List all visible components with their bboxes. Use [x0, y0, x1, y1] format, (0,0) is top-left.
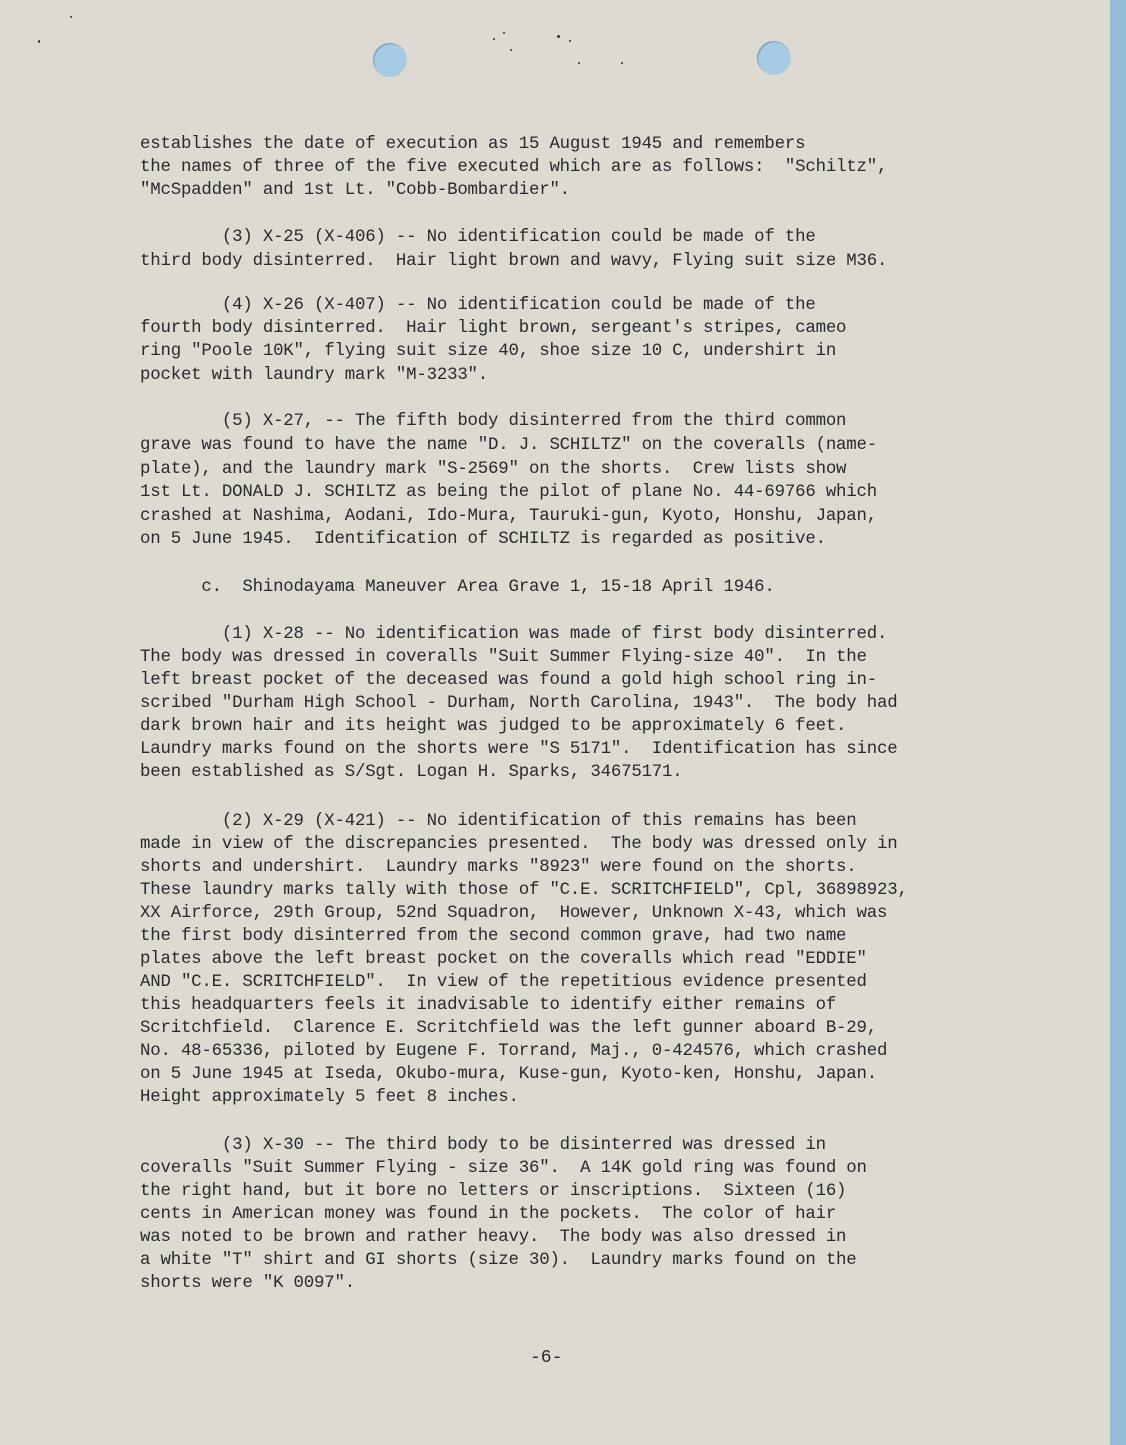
text-line: No. 48-65336, piloted by Eugene F. Torra… — [140, 1040, 887, 1063]
text-line: ring "Poole 10K", flying suit size 40, s… — [140, 340, 836, 363]
text-line: grave was found to have the name "D. J. … — [140, 434, 877, 457]
text-line: the first body disinterred from the seco… — [140, 925, 846, 948]
text-line: "McSpadden" and 1st Lt. "Cobb-Bombardier… — [140, 179, 570, 202]
text-line: The body was dressed in coveralls "Suit … — [140, 646, 867, 669]
text-line: plates above the left breast pocket on t… — [140, 948, 867, 971]
ink-speck — [569, 40, 571, 42]
binder-hole-right — [757, 41, 791, 75]
text-line: (5) X-27, -- The fifth body disinterred … — [140, 410, 846, 433]
text-line: been established as S/Sgt. Logan H. Spar… — [140, 761, 683, 784]
ink-speck — [621, 62, 623, 64]
page-number: -6- — [530, 1348, 562, 1368]
ink-speck — [510, 49, 512, 51]
text-line: the names of three of the five executed … — [140, 156, 887, 179]
text-line: fourth body disinterred. Hair light brow… — [140, 317, 846, 340]
text-line: coveralls "Suit Summer Flying - size 36"… — [140, 1157, 867, 1180]
text-line: (3) X-30 -- The third body to be disinte… — [140, 1134, 826, 1157]
background-edge — [1110, 0, 1126, 1445]
text-line: on 5 June 1945 at Iseda, Okubo-mura, Kus… — [140, 1063, 877, 1086]
document-page: establishes the date of execution as 15 … — [0, 0, 1110, 1445]
text-line: crashed at Nashima, Aodani, Ido-Mura, Ta… — [140, 505, 877, 528]
text-line: (2) X-29 (X-421) -- No identification of… — [140, 810, 857, 833]
text-line: was noted to be brown and rather heavy. … — [140, 1226, 846, 1249]
ink-speck — [557, 35, 560, 38]
text-line: third body disinterred. Hair light brown… — [140, 250, 887, 273]
ink-speck — [503, 32, 505, 34]
section-heading: c. Shinodayama Maneuver Area Grave 1, 15… — [140, 576, 775, 599]
text-line: made in view of the discrepancies presen… — [140, 833, 897, 856]
text-line: plate), and the laundry mark "S-2569" on… — [140, 458, 846, 481]
text-line: These laundry marks tally with those of … — [140, 879, 908, 902]
text-line: (3) X-25 (X-406) -- No identification co… — [140, 226, 816, 249]
text-line: shorts and undershirt. Laundry marks "89… — [140, 856, 857, 879]
ink-speck — [578, 62, 580, 64]
text-line: Height approximately 5 feet 8 inches. — [140, 1086, 519, 1109]
ink-speck — [70, 16, 72, 18]
binder-hole-left — [373, 43, 407, 77]
text-line: scribed "Durham High School - Durham, No… — [140, 692, 897, 715]
text-line: 1st Lt. DONALD J. SCHILTZ as being the p… — [140, 481, 877, 504]
text-line: (1) X-28 -- No identification was made o… — [140, 623, 887, 646]
text-line: establishes the date of execution as 15 … — [140, 133, 805, 156]
text-line: cents in American money was found in the… — [140, 1203, 836, 1226]
text-line: dark brown hair and its height was judge… — [140, 715, 846, 738]
text-line: AND "C.E. SCRITCHFIELD". In view of the … — [140, 971, 867, 994]
text-line: the right hand, but it bore no letters o… — [140, 1180, 846, 1203]
text-line: Scritchfield. Clarence E. Scritchfield w… — [140, 1017, 877, 1040]
text-line: left breast pocket of the deceased was f… — [140, 669, 877, 692]
text-line: pocket with laundry mark "M-3233". — [140, 364, 488, 387]
text-line: this headquarters feels it inadvisable t… — [140, 994, 836, 1017]
text-line: Laundry marks found on the shorts were "… — [140, 738, 897, 761]
text-line: (4) X-26 (X-407) -- No identification co… — [140, 294, 816, 317]
ink-speck — [38, 40, 40, 43]
text-line: shorts were "K 0097". — [140, 1272, 355, 1295]
text-line: a white "T" shirt and GI shorts (size 30… — [140, 1249, 857, 1272]
text-line: XX Airforce, 29th Group, 52nd Squadron, … — [140, 902, 887, 925]
ink-speck — [493, 38, 495, 40]
text-line: on 5 June 1945. Identification of SCHILT… — [140, 528, 826, 551]
